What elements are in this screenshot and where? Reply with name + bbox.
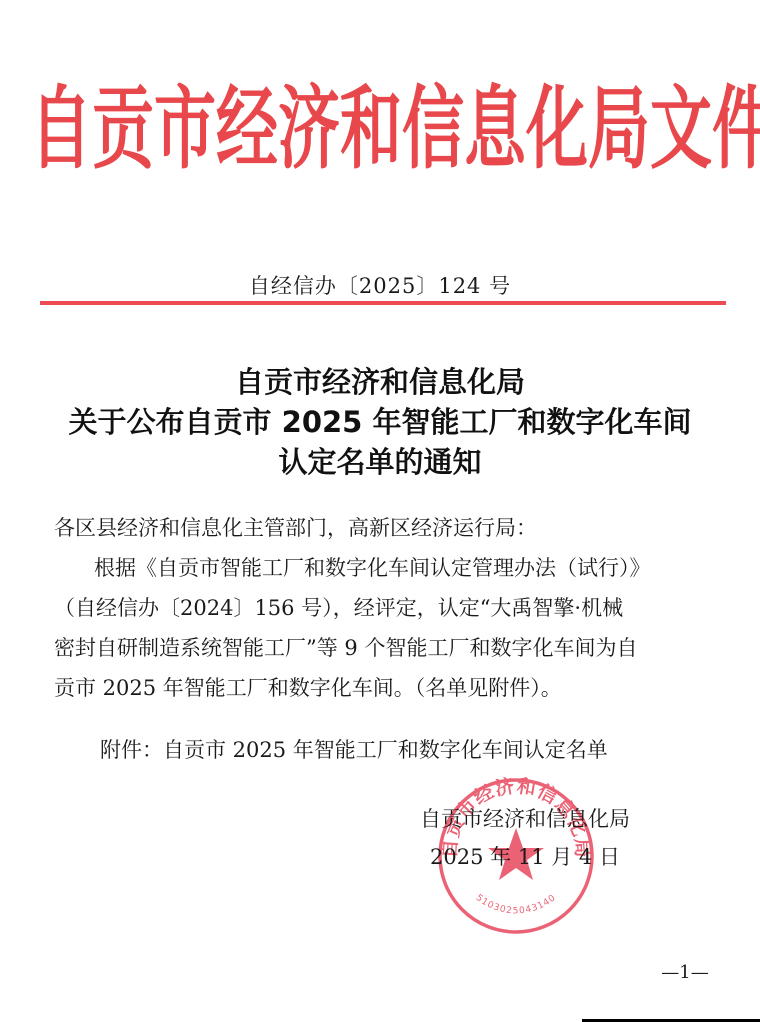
red-divider-line [40,301,726,305]
masthead-title: 自贡市经济和信息化局文件 [30,49,730,209]
paragraph-line-3: 密封自研制造系统智能工厂”等 9 个智能工厂和数字化车间为自 [54,628,714,668]
seal-code-text: 5103025043140 [474,893,559,916]
title-line-2: 关于公布自贡市 2025 年智能工厂和数字化车间 [30,402,730,442]
signature-block: 自贡市经济和信息化局 2025 年 11 月 4 日 [400,800,650,876]
paragraph-line-2: （自经信办〔2024〕156 号），经评定，认定“大禹智擎·机械 [54,588,714,628]
issue-date: 2025 年 11 月 4 日 [400,838,650,876]
document-number: 自经信办〔2025〕124 号 [0,272,760,300]
paragraph-line-1: 根据《自贡市智能工厂和数字化车间认定管理办法（试行）》 [54,548,714,588]
notice-title: 自贡市经济和信息化局 关于公布自贡市 2025 年智能工厂和数字化车间 认定名单… [30,362,730,482]
paragraph-line-4: 贡市 2025 年智能工厂和数字化车间。（名单见附件）。 [54,668,714,708]
attachment-note: 附件：自贡市 2025 年智能工厂和数字化车间认定名单 [100,730,760,770]
issuer-name: 自贡市经济和信息化局 [400,800,650,838]
svg-text:5103025043140: 5103025043140 [474,893,559,916]
title-line-1: 自贡市经济和信息化局 [30,362,730,402]
document-page: 自贡市经济和信息化局文件 自经信办〔2025〕124 号 自贡市经济和信息化局 … [0,0,760,1022]
body-paragraph: 根据《自贡市智能工厂和数字化车间认定管理办法（试行）》 （自经信办〔2024〕1… [54,548,714,708]
page-number: —1— [640,962,730,983]
title-line-3: 认定名单的通知 [30,442,730,482]
salutation: 各区县经济和信息化主管部门，高新区经济运行局： [54,508,714,548]
